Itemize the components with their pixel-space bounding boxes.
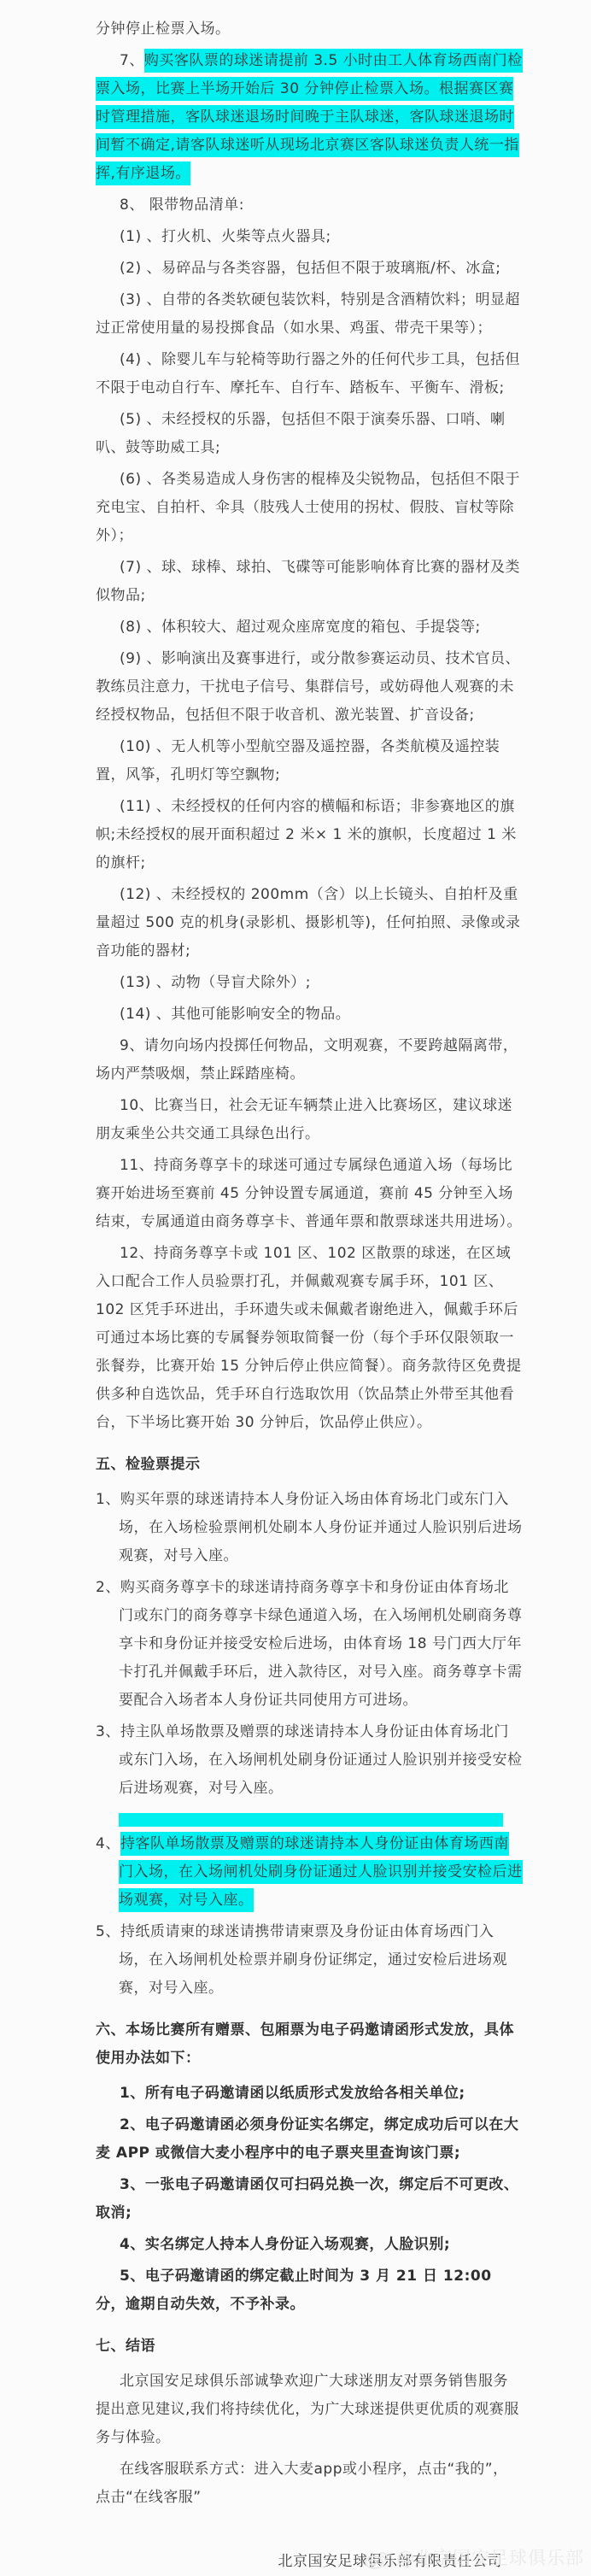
weibo-icon <box>364 2547 391 2570</box>
ticket-check-item-5: 5、持纸质请柬的球迷请携带请柬票及身份证由体育场西门入场，在入场闸机处检票并刷身… <box>96 1918 523 2003</box>
prohibited-item-4: (4) 、除婴儿车与轮椅等助行器之外的任何代步工具，包括但不限于电动自行车、摩托… <box>96 346 523 402</box>
invitation-rule-3: 3、一张电子码邀请函仅可扫码兑换一次，绑定后不可更改、取消; <box>96 2171 523 2227</box>
section-6-heading: 六、本场比赛所有赠票、包厢票为电子码邀请函形式发放，具体使用办法如下： <box>96 2016 523 2073</box>
invitation-rule-2: 2、电子码邀请函必须身份证实名绑定，绑定成功后可以在大麦 APP 或微信大麦小程… <box>96 2111 523 2168</box>
prohibited-item-1: (1) 、打火机、火柴等点火器具; <box>96 223 523 251</box>
closing-paragraph: 北京国安足球俱乐部诚挚欢迎广大球迷朋友对票务销售服务提出意见建议,我们将持续优化… <box>96 2368 523 2452</box>
prohibited-item-5: (5) 、未经授权的乐器，包括但不限于演奏乐器、口哨、喇叭、鼓等助威工具; <box>96 406 523 462</box>
item-12-wristband-rules: 12、持商务尊享卡或 101 区、102 区散票的球迷，在区域入口配合工作人员验… <box>96 1240 523 1437</box>
cyan-highlight: 持客队单场散票及赠票的球迷请持本人身份证由体育场西南门入场，在入场闸机处刷身份证… <box>119 1832 523 1912</box>
cyan-highlight: 购买客队票的球迷请提前 3.5 小时由工人体育场西南门检票入场，比赛上半场开始后… <box>96 49 523 185</box>
item-number: 7、 <box>120 52 144 69</box>
prohibited-item-2: (2) 、易碎品与各类容器，包括但不限于玻璃瓶/杯、冰盒; <box>96 255 523 283</box>
ticket-check-item-4-highlighted: 4、持客队单场散票及赠票的球迷请持本人身份证由体育场西南门入场，在入场闸机处刷身… <box>96 1830 523 1915</box>
customer-service-contact: 在线客服联系方式：进入大麦app或小程序，点击“我的”，点击“在线客服” <box>96 2456 523 2512</box>
prohibited-item-12: (12) 、未经授权的 200mm（含）以上长镜头、自拍杆及重量超过 500 克… <box>96 881 523 965</box>
section-5-heading: 五、检验票提示 <box>96 1451 523 1479</box>
item-7-away-ticket-notice: 7、购买客队票的球迷请提前 3.5 小时由工人体育场西南门检票入场，比赛上半场开… <box>96 47 523 188</box>
item-11-vip-channel: 11、持商务尊享卡的球迷可通过专属绿色通道入场（每场比赛开始进场至赛前 45 分… <box>96 1152 523 1236</box>
invitation-rule-4: 4、实名绑定人持本人身份证入场观赛，人脸识别; <box>96 2231 523 2259</box>
prohibited-item-11: (11) 、未经授权的任何内容的横幅和标语；非参赛地区的旗帜;未经授权的展开面积… <box>96 793 523 877</box>
paragraph-fragment: 分钟停止检票入场。 <box>96 15 523 44</box>
item-9-conduct-notice: 9、请勿向场内投掷任何物品，文明观赛，不要跨越隔离带，场内严禁吸烟，禁止踩踏座椅… <box>96 1032 523 1088</box>
prohibited-item-7: (7) 、球、球棒、球拍、飞碟等可能影响体育比赛的器材及类似物品; <box>96 554 523 610</box>
item-number: 4、 <box>96 1835 120 1852</box>
invitation-rule-1: 1、所有电子码邀请函以纸质形式发放给各相关单位; <box>96 2080 523 2108</box>
prohibited-item-6: (6) 、各类易造成人身伤害的棍棒及尖锐物品，包括但不限于充电宝、自拍杆、伞具（… <box>96 466 523 550</box>
weibo-watermark-text: @北京国安足球俱乐部 <box>396 2544 584 2573</box>
ticket-check-item-3: 3、持主队单场散票及赠票的球迷请持本人身份证由体育场北门或东门入场，在入场闸机处… <box>96 1718 523 1803</box>
prohibited-item-14: (14) 、其他可能影响安全的物品。 <box>96 1000 523 1029</box>
weibo-watermark: @北京国安足球俱乐部 <box>364 2544 584 2573</box>
prohibited-item-3: (3) 、自带的各类软硬包装饮料，特别是含酒精饮料；明显超过正常使用量的易投掷食… <box>96 286 523 343</box>
ticket-check-item-2: 2、购买商务尊享卡的球迷请持商务尊享卡和身份证由体育场北门或东门的商务尊享卡绿色… <box>96 1574 523 1715</box>
invitation-rule-5: 5、电子码邀请函的绑定截止时间为 3 月 21 日 12:00 分，逾期自动失效… <box>96 2262 523 2319</box>
item-10-traffic-notice: 10、比赛当日，社会无证车辆禁止进入比赛场区，建议球迷朋友乘坐公共交通工具绿色出… <box>96 1092 523 1148</box>
ticket-check-item-1: 1、购买年票的球迷请持本人身份证入场由体育场北门或东门入场，在入场检验票闸机处刷… <box>96 1486 523 1570</box>
section-7-heading: 七、结语 <box>96 2332 523 2361</box>
cyan-highlight-bar <box>119 1813 503 1827</box>
item-8-prohibited-list-title: 8、 限带物品清单: <box>96 191 523 220</box>
document-page: 分钟停止检票入场。 7、购买客队票的球迷请提前 3.5 小时由工人体育场西南门检… <box>0 0 591 2576</box>
prohibited-item-8: (8) 、体积较大、超过观众座席宽度的箱包、手提袋等; <box>96 613 523 642</box>
prohibited-item-9: (9) 、影响演出及赛事进行，或分散参赛运动员、技术官员、教练员注意力，干扰电子… <box>96 645 523 730</box>
prohibited-item-13: (13) 、动物（导盲犬除外）; <box>96 969 523 997</box>
prohibited-item-10: (10) 、无人机等小型航空器及遥控器，各类航模及遥控装置，风筝，孔明灯等空飘物… <box>96 733 523 789</box>
